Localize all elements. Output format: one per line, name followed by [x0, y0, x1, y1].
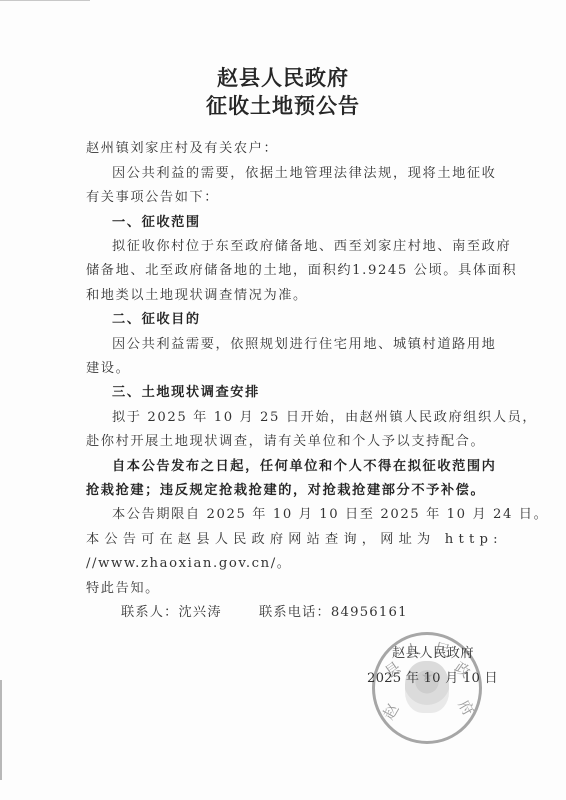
signature-date: 2025 年 10 月 10 日: [367, 670, 498, 688]
purpose-line-1: 因公共利益需要，依照规划进行住宅用地、城镇村道路用地: [112, 336, 480, 354]
scope-line-2: 储备地、北至政府储备地的土地，面积约1.9245 公顷。具体面积: [86, 262, 480, 280]
survey-line-1: 拟于 2025 年 10 月 25 日开始，由赵州镇人民政府组织人员，: [112, 409, 480, 427]
scan-edge-left: [0, 680, 2, 780]
scan-edge-top: [0, 0, 90, 1]
warning-line-1: 自本公告发布之日起，任何单位和个人不得在拟征收范围内: [112, 458, 480, 476]
intro-line-1: 因公共利益的需要，依据土地管理法律法规，现将土地征收: [112, 165, 480, 183]
notice-period: 本公告期限自 2025 年 10 月 10 日至 2025 年 10 月 24 …: [112, 506, 480, 524]
scope-line-1: 拟征收你村位于东至政府储备地、西至刘家庄村地、南至政府: [112, 238, 480, 256]
seal-ring-char: 赵: [378, 700, 404, 724]
purpose-line-2: 建设。: [86, 360, 480, 378]
scope-line-3: 和地类以土地现状调查情况为准。: [86, 287, 480, 305]
website-line-2[interactable]: //www.zhaoxian.gov.cn/。: [86, 555, 480, 573]
website-line-1: 本公告可在赵县人民政府网站查询，网址为 http:: [86, 531, 480, 549]
document-title-subject: 征收土地预公告: [0, 90, 566, 120]
seal-ring-char: 府: [454, 696, 480, 720]
survey-line-2: 赴你村开展土地现状调查，请有关单位和个人予以支持配合。: [86, 433, 480, 451]
document-page: 赵县人民政府 征收土地预公告 赵州镇刘家庄村及有关农户： 因公共利益的需要，依据…: [0, 0, 566, 800]
signature-organization: 赵县人民政府: [392, 645, 474, 663]
closing-remark: 特此告知。: [86, 580, 480, 598]
contact-phone: 联系电话：84956161: [259, 604, 408, 622]
warning-line-2: 抢栽抢建；违反规定抢栽抢建的，对抢栽抢建部分不予补偿。: [86, 482, 480, 500]
section-heading-purpose: 二、征收目的: [112, 311, 480, 329]
addressee: 赵州镇刘家庄村及有关农户：: [86, 140, 480, 158]
intro-line-2: 有关事项公告如下：: [86, 189, 480, 207]
section-heading-scope: 一、征收范围: [112, 214, 480, 232]
contact-person: 联系人：沈兴涛: [121, 604, 222, 622]
document-title-issuer: 赵县人民政府: [0, 62, 566, 92]
section-heading-survey: 三、土地现状调查安排: [112, 384, 480, 402]
